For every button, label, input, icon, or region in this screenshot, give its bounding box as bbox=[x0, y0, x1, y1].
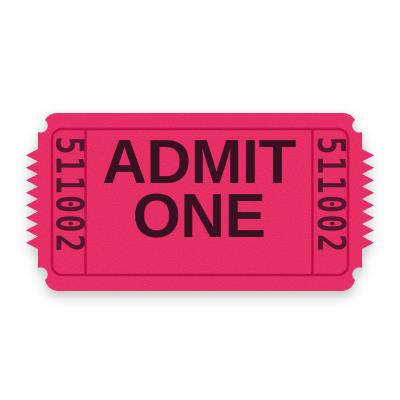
serial-left-group: 511002 bbox=[46, 136, 91, 253]
admit-one-ticket: 511002 511002 ADMIT ONE bbox=[0, 0, 400, 400]
ticket: 511002 511002 ADMIT ONE bbox=[20, 105, 382, 300]
serial-number-right: 511002 bbox=[308, 136, 353, 253]
serial-right-group: 511002 bbox=[308, 136, 353, 253]
serial-number-left: 511002 bbox=[46, 136, 91, 253]
product-photo: 511002 511002 ADMIT ONE bbox=[0, 0, 400, 400]
admit-text-line2: ONE bbox=[133, 182, 266, 251]
